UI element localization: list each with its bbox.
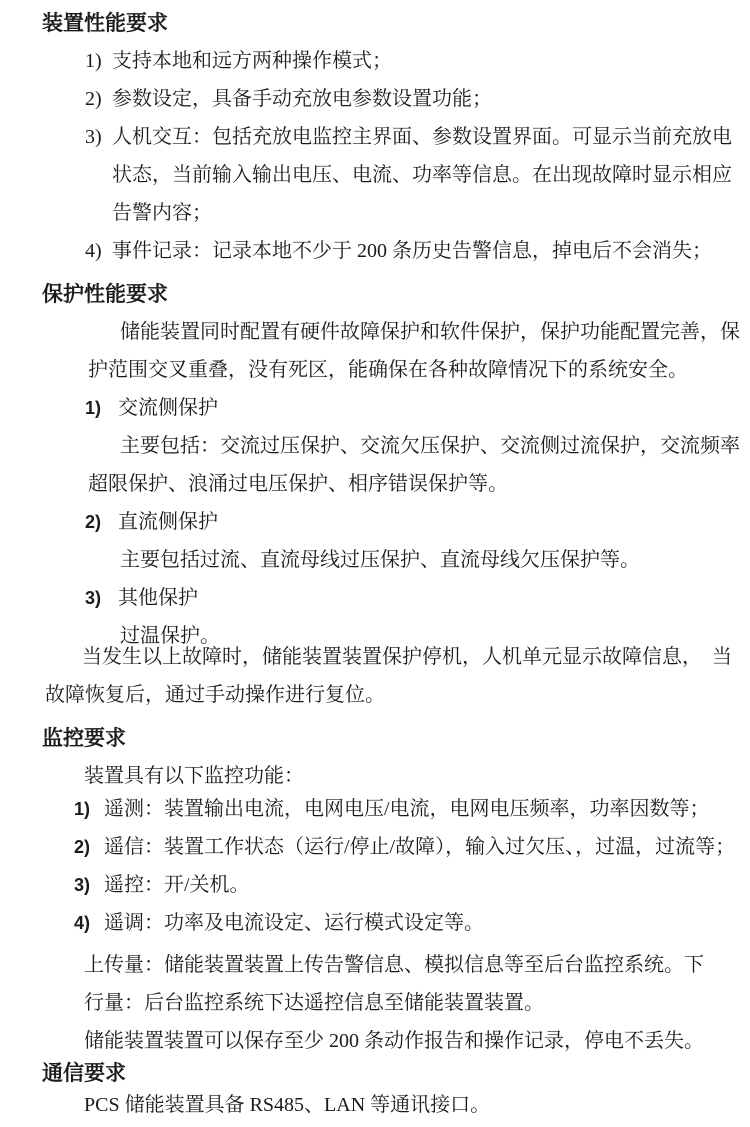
list-number: 1) [85,51,112,72]
list-item-text: 遥控：开/关机。 [104,874,250,896]
list-number: 4) [85,241,112,262]
list-item: 1)遥测：装置输出电流，电网电压/电流，电网电压频率，功率因数等； [0,799,750,820]
list-number: 4) [74,913,104,934]
list-number: 1) [85,398,118,419]
text-line: 装置具有以下监控功能： [0,766,750,787]
list-item: 3)人机交互：包括充放电监控主界面、参数设置界面。可显示当前充放电 [0,127,750,148]
list-number: 3) [85,127,112,148]
list-item-text: 人机交互：包括充放电监控主界面、参数设置界面。可显示当前充放电 [112,126,732,148]
list-item: 4)遥调：功率及电流设定、运行模式设定等。 [0,913,750,934]
list-item-text: 参数设定，具备手动充放电参数设置功能； [112,88,492,110]
text-line: 状态，当前输入输出电压、电流、功率等信息。在出现故障时显示相应 [0,165,750,186]
list-number: 2) [74,837,104,858]
list-item: 2)遥信：装置工作状态（运行/停止/故障），输入过欠压、，过温，过流等； [0,837,750,858]
list-number: 3) [74,875,104,896]
text-line: 超限保护、浪涌过电压保护、相序错误保护等。 [0,474,750,495]
list-number: 1) [74,799,104,820]
list-item-text: 事件记录：记录本地不少于 200 条历史告警信息，掉电后不会消失； [112,240,712,262]
text-line: 主要包括过流、直流母线过压保护、直流母线欠压保护等。 [0,550,750,571]
list-item-text: 遥测：装置输出电流，电网电压/电流，电网电压频率，功率因数等； [104,798,710,820]
text-line: 告警内容； [0,203,750,224]
text-line: PCS 储能装置具备 RS485、LAN 等通讯接口。 [0,1095,750,1116]
list-item-text: 交流侧保护 [118,397,218,419]
list-item-text: 遥信：装置工作状态（运行/停止/故障），输入过欠压、，过温，过流等； [104,836,735,858]
text-line: 行量：后台监控系统下达遥控信息至储能装置装置。 [0,993,750,1014]
list-item: 3)其他保护 [0,588,750,609]
section-heading-communication: 通信要求 [0,1063,750,1084]
list-item-text: 直流侧保护 [118,511,218,533]
text-line: 主要包括：交流过压保护、交流欠压保护、交流侧过流保护，交流频率 [0,436,750,457]
list-item: 3)遥控：开/关机。 [0,875,750,896]
section-heading-device-performance: 装置性能要求 [0,13,750,34]
section-heading-protection-performance: 保护性能要求 [0,284,750,305]
text-line: 故障恢复后，通过手动操作进行复位。 [0,685,750,706]
list-item: 1)支持本地和远方两种操作模式； [0,51,750,72]
list-item: 2)参数设定，具备手动充放电参数设置功能； [0,89,750,110]
section-heading-monitoring: 监控要求 [0,728,750,749]
list-item: 4)事件记录：记录本地不少于 200 条历史告警信息，掉电后不会消失； [0,241,750,262]
text-line: 护范围交叉重叠，没有死区，能确保在各种故障情况下的系统安全。 [0,360,750,381]
document-page: 装置性能要求 1)支持本地和远方两种操作模式； 2)参数设定，具备手动充放电参数… [0,0,750,1127]
text-line: 储能装置装置可以保存至少 200 条动作报告和操作记录，停电不丢失。 [0,1031,750,1052]
text-line: 当发生以上故障时，储能装置装置保护停机，人机单元显示故障信息， 当 [0,647,750,668]
list-item: 2)直流侧保护 [0,512,750,533]
list-item-text: 支持本地和远方两种操作模式； [112,50,392,72]
text-line: 储能装置同时配置有硬件故障保护和软件保护，保护功能配置完善，保 [0,322,750,343]
text-line: 上传量：储能装置装置上传告警信息、模拟信息等至后台监控系统。下 [0,955,750,976]
text-line: 过温保护。 [0,626,750,647]
list-number: 3) [85,588,118,609]
list-number: 2) [85,89,112,110]
list-item-text: 遥调：功率及电流设定、运行模式设定等。 [104,912,484,934]
list-item: 1)交流侧保护 [0,398,750,419]
list-item-text: 其他保护 [118,587,198,609]
list-number: 2) [85,512,118,533]
